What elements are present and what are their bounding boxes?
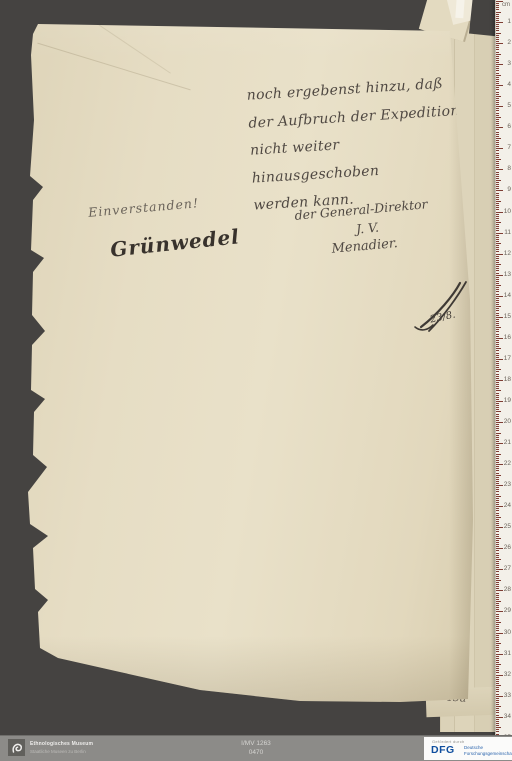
paper-crease — [37, 43, 190, 91]
page-edge-sliver — [455, 0, 464, 18]
approval-note: Einverstanden! — [88, 195, 200, 220]
dfg-wordmark: DFG — [431, 744, 455, 756]
paraph-stroke-icon — [408, 280, 472, 336]
measurement-ruler: cm 1234567891011121314151617181920212223… — [495, 0, 512, 761]
registry-paraph: 23/8. — [408, 280, 472, 336]
archival-scan-view: 45a noch ergebenst hinzu, daß der Aufbru… — [0, 0, 512, 761]
ruler-unit-label: cm — [502, 2, 510, 8]
footer-bar: Ethnologisches Museum Staatliche Museen … — [0, 735, 512, 761]
signature-menadier: Menadier. — [331, 233, 431, 257]
dfg-logo: Gefördert durch DFG Deutsche Forschungsg… — [424, 737, 512, 760]
office-signature-block: der General-Direktor J. V. Menadier. — [294, 196, 431, 259]
handwritten-body: noch ergebenst hinzu, daß der Aufbruch d… — [246, 69, 474, 220]
dfg-full-name: Deutsche Forschungsgemeinschaft — [464, 745, 512, 756]
document-page: noch ergebenst hinzu, daß der Aufbruch d… — [0, 0, 475, 706]
paper-crease — [79, 11, 171, 73]
signature-gruenwedel: Grünwedel — [109, 224, 241, 261]
pencil-inventory-note: TA/1047 — [58, 659, 78, 704]
